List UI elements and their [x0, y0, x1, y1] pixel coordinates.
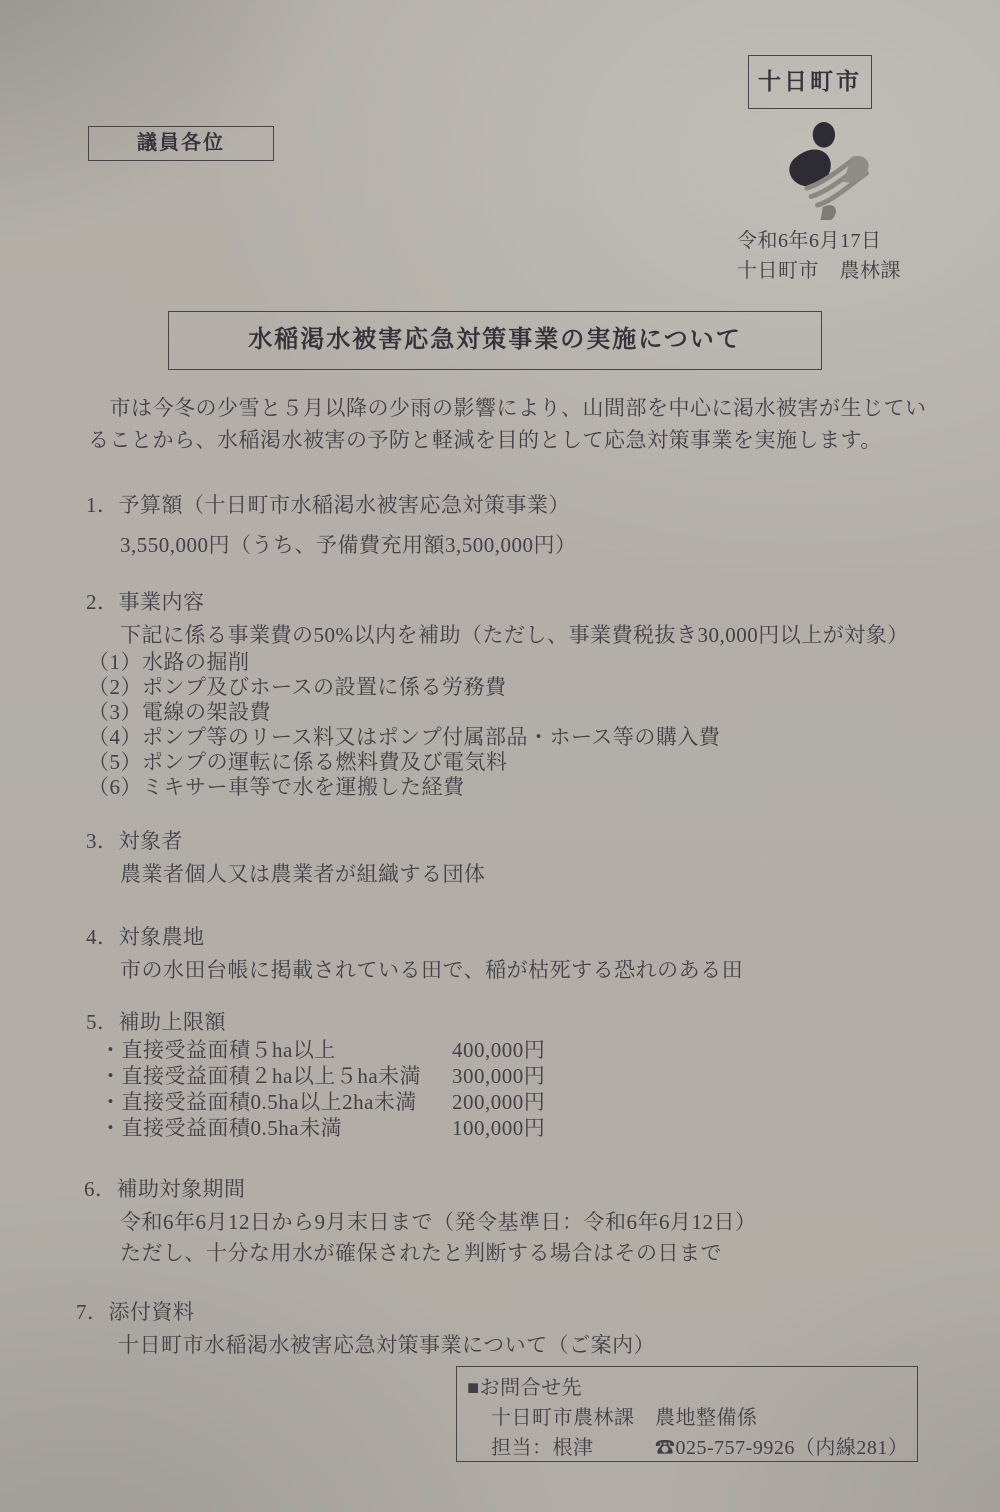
subsidy-row-label: ・直接受益面積0.5ha未満 — [100, 1112, 452, 1142]
section-7-body: 十日町市水稲渇水被害応急対策事業について（ご案内） — [118, 1329, 655, 1359]
section-7-heading: 7．添付資料 — [76, 1296, 195, 1326]
section-3-body: 農業者個人又は農業者が組織する団体 — [120, 858, 486, 888]
recipient-label: 議員各位 — [89, 127, 273, 159]
contact-box: ■お問合せ先 十日町市農林課 農地整備係 担当：根津 ☎025-757-9926… — [456, 1366, 918, 1462]
sender-name: 十日町市 — [749, 56, 871, 106]
section-1-body: 3,550,000円（うち、予備費充用額3,500,000円） — [120, 529, 577, 559]
section-4-body: 市の水田台帳に掲載されている田で、稲が枯死する恐れのある田 — [120, 954, 743, 984]
sender-box: 十日町市 — [748, 55, 872, 109]
document-page: 十日町市 議員各位 令和6年6月17日 十日町市 農林課 水稲渇水被害応急対策事… — [0, 0, 1000, 1512]
contact-line-1: 十日町市農林課 農地整備係 — [467, 1403, 917, 1433]
project-item-6: （6）ミキサー車等で水を運搬した経費 — [88, 771, 465, 801]
recipient-box: 議員各位 — [88, 126, 274, 161]
section-6-heading: 6．補助対象期間 — [84, 1173, 246, 1203]
subsidy-row-4: ・直接受益面積0.5ha未満 100,000円 — [100, 1112, 545, 1142]
section-6-body-2: ただし、十分な用水が確保されたと判断する場合はその日まで — [120, 1237, 722, 1267]
section-1-heading: 1．予算額（十日町市水稲渇水被害応急対策事業） — [86, 489, 570, 519]
logo-right-lobe — [843, 156, 869, 183]
section-5-heading: 5．補助上限額 — [86, 1006, 226, 1036]
section-2-heading: 2．事業内容 — [86, 586, 205, 616]
contact-line-2: 担当：根津 ☎025-757-9926（内線281） — [467, 1433, 917, 1463]
intro-line-1: 市は今冬の少雪と５月以降の少雨の影響により、山間部を中心に渇水被害が生じてい — [88, 392, 927, 422]
intro-line-2: ることから、水稲渇水被害の予防と軽減を目的として応急対策事業を実施します。 — [88, 424, 882, 454]
logo-head — [813, 122, 835, 148]
section-3-heading: 3．対象者 — [86, 825, 183, 855]
contact-heading: ■お問合せ先 — [467, 1373, 917, 1403]
section-2-body: 下記に係る事業費の50%以内を補助（ただし、事業費税抜き30,000円以上が対象… — [120, 619, 909, 649]
tokamachi-city-logo — [772, 122, 880, 220]
title-box: 水稲渇水被害応急対策事業の実施について — [168, 311, 822, 370]
logo-tail — [821, 205, 836, 220]
section-4-heading: 4．対象農地 — [86, 921, 205, 951]
section-6-body-1: 令和6年6月12日から9月末日まで（発令基準日：令和6年6月12日） — [120, 1206, 757, 1236]
document-title: 水稲渇水被害応急対策事業の実施について — [169, 312, 821, 368]
issue-date: 令和6年6月17日 — [737, 224, 882, 253]
issuing-department: 十日町市 農林課 — [737, 254, 901, 283]
subsidy-row-value: 100,000円 — [452, 1112, 545, 1142]
